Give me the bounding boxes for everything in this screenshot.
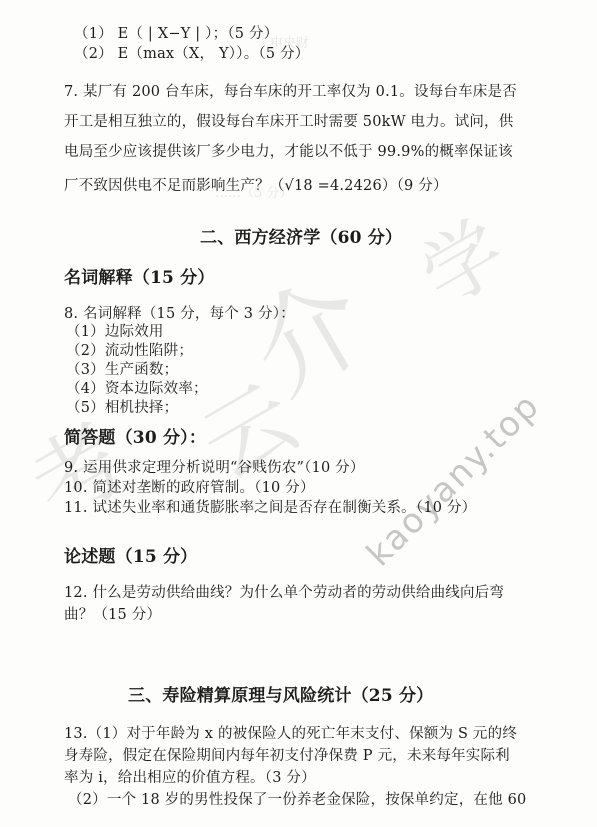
q7-line: 电局至少应该提供该厂多少电力，才能以不低于 99.9%的概率保证该: [64, 142, 513, 162]
q6-part-2: （2） E（max（X， Y））。（5 分）: [74, 44, 309, 64]
q7-line: 开工是相互独立的，假设每台车床开工时需要 50kW 电力。试问，供: [64, 112, 513, 132]
q13-line: 率为 i，给出相应的价值方程。（3 分）: [64, 768, 316, 788]
exam-page: 申央财 ……（5 分） 介 学 云 考 kaoyany.top （1） E（ |…: [0, 0, 597, 827]
short-answer-item: 11. 试述失业率和通货膨胀率之间是否存在制衡关系。（10 分）: [64, 498, 476, 518]
term-item: （3）生产函数；: [66, 360, 178, 380]
terms-heading: 名词解释（15 分）: [64, 268, 215, 288]
q8-question: 8. 名词解释（15 分，每个 3 分）：: [64, 304, 295, 324]
essay-line: 12. 什么是劳动供给曲线？为什么单个劳动者的劳动供给曲线向后弯: [64, 583, 504, 603]
q6-part-1: （1） E（ | X−Y | ）；（5 分）: [74, 24, 278, 44]
q13-line: 13.（1）对于年龄为 x 的被保险人的死亡年末支付、保额为 S 元的终: [64, 724, 517, 744]
url-watermark: kaoyany.top: [359, 386, 548, 575]
term-item: （5）相机抉择；: [66, 398, 178, 418]
q13-line: （2）一个 18 岁的男性投保了一份养老金保险，按保单约定，在他 60: [68, 790, 526, 810]
short-answer-item: 10. 简述对垄断的政府管制。（10 分）: [64, 478, 315, 498]
essay-line: 曲？（15 分）: [64, 605, 161, 625]
section-3-title: 三、寿险精算原理与风险统计（25 分）: [128, 686, 433, 706]
q7-line: 厂不致因供电不足而影响生产？（√18 =4.2426）（9 分）: [64, 176, 448, 196]
term-item: （1）边际效用: [66, 322, 164, 342]
calligraphy-watermark: 介: [218, 233, 392, 425]
q13-line: 身寿险，假定在保险期间内每年初支付净保费 P 元，未来每年实际利: [64, 746, 510, 766]
term-item: （4）资本边际效率；: [66, 379, 208, 399]
section-2-title: 二、西方经济学（60 分）: [200, 228, 402, 248]
term-item: （2）流动性陷阱；: [66, 341, 193, 361]
short-answer-item: 9. 运用供求定理分析说明“谷贱伤农”（10 分）: [64, 458, 365, 478]
q7-line: 7. 某厂有 200 台车床，每台车床的开工率仅为 0.1。设每台车床是否: [64, 82, 517, 102]
essay-heading: 论述题（15 分）: [64, 547, 197, 567]
calligraphy-watermark: 学: [397, 188, 524, 328]
short-answer-heading: 简答题（30 分）：: [64, 428, 206, 448]
